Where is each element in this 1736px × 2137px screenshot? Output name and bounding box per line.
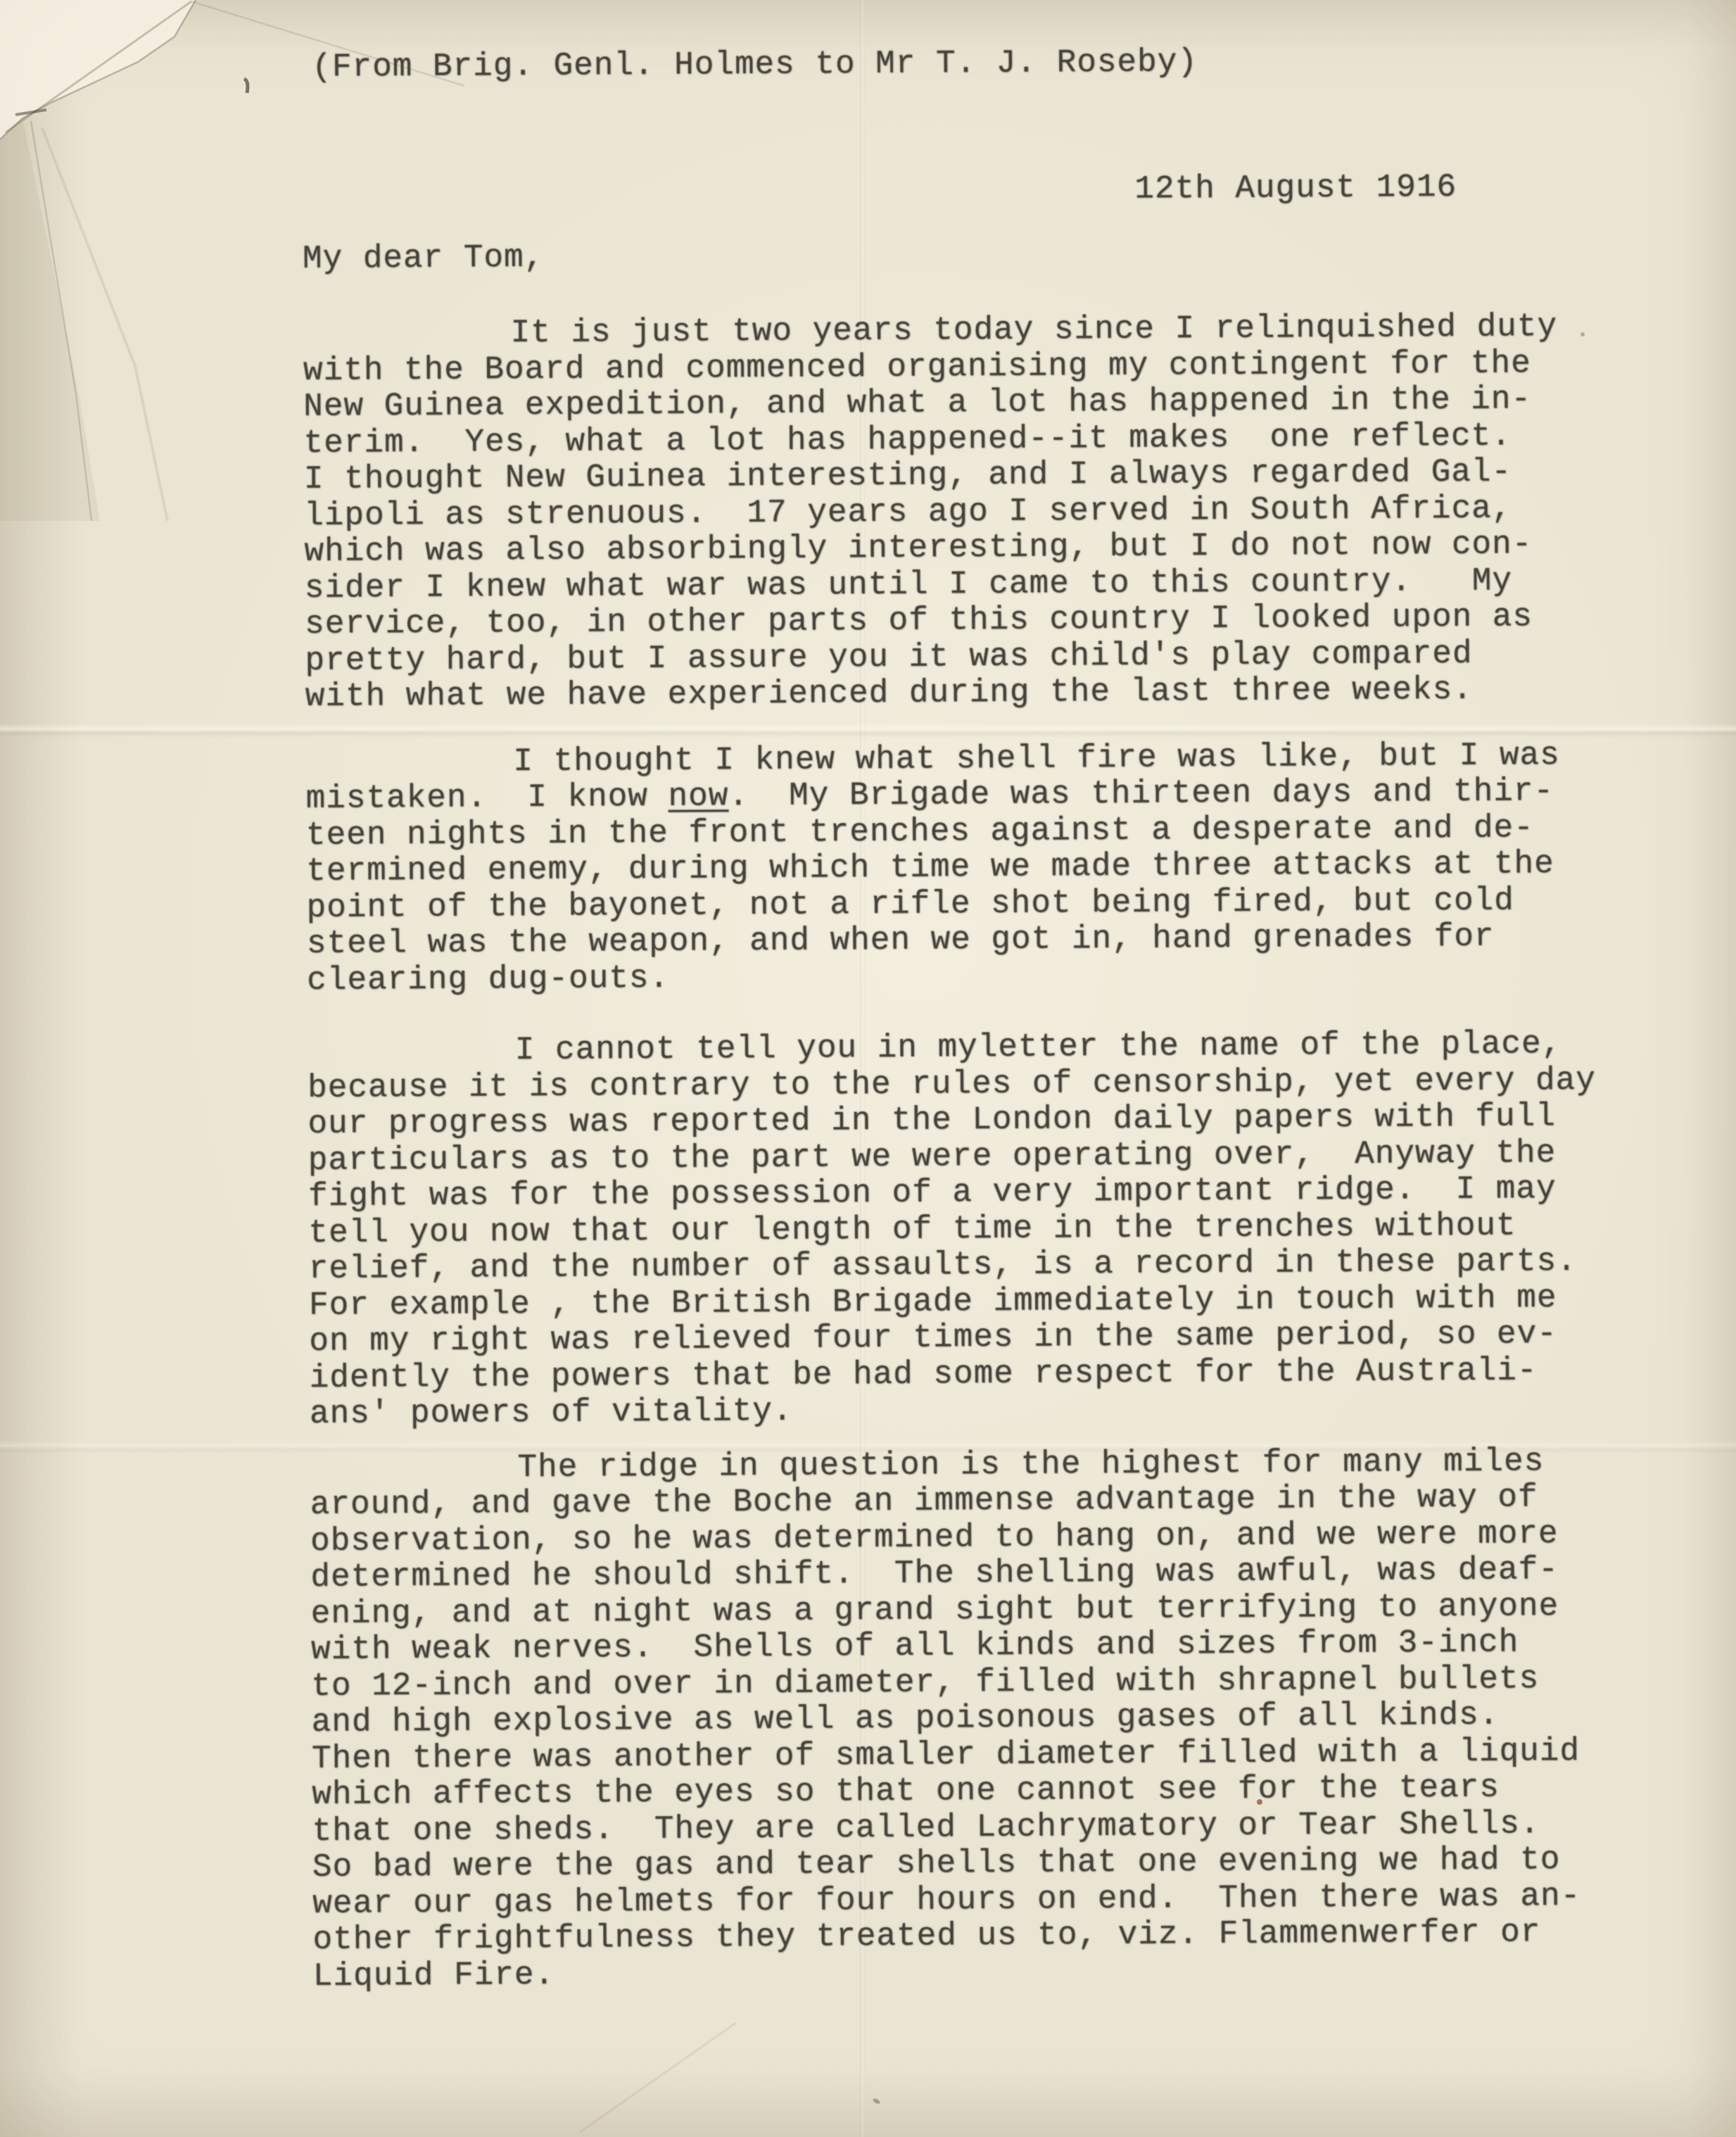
- attribution-line: (From Brig. Genl. Holmes to Mr T. J. Ros…: [312, 44, 1198, 86]
- paragraph-1: It is just two years today since I relin…: [303, 308, 1719, 716]
- paragraph-4: The ridge in question is the highest for…: [310, 1442, 1728, 1995]
- underlined-word-now: now: [668, 778, 728, 815]
- letter-page: (From Brig. Genl. Holmes to Mr T. J. Ros…: [0, 0, 1736, 2137]
- salutation: My dear Tom,: [303, 240, 545, 278]
- date-line: 12th August 1916: [1134, 170, 1457, 208]
- paragraph-2: I thought I knew what shell fire was lik…: [305, 736, 1721, 999]
- typewritten-text-layer: (From Brig. Genl. Holmes to Mr T. J. Ros…: [0, 0, 1736, 2137]
- paragraph-3: I cannot tell you in myletter the name o…: [308, 1026, 1724, 1433]
- letter-body: It is just two years today since I relin…: [303, 308, 1728, 1995]
